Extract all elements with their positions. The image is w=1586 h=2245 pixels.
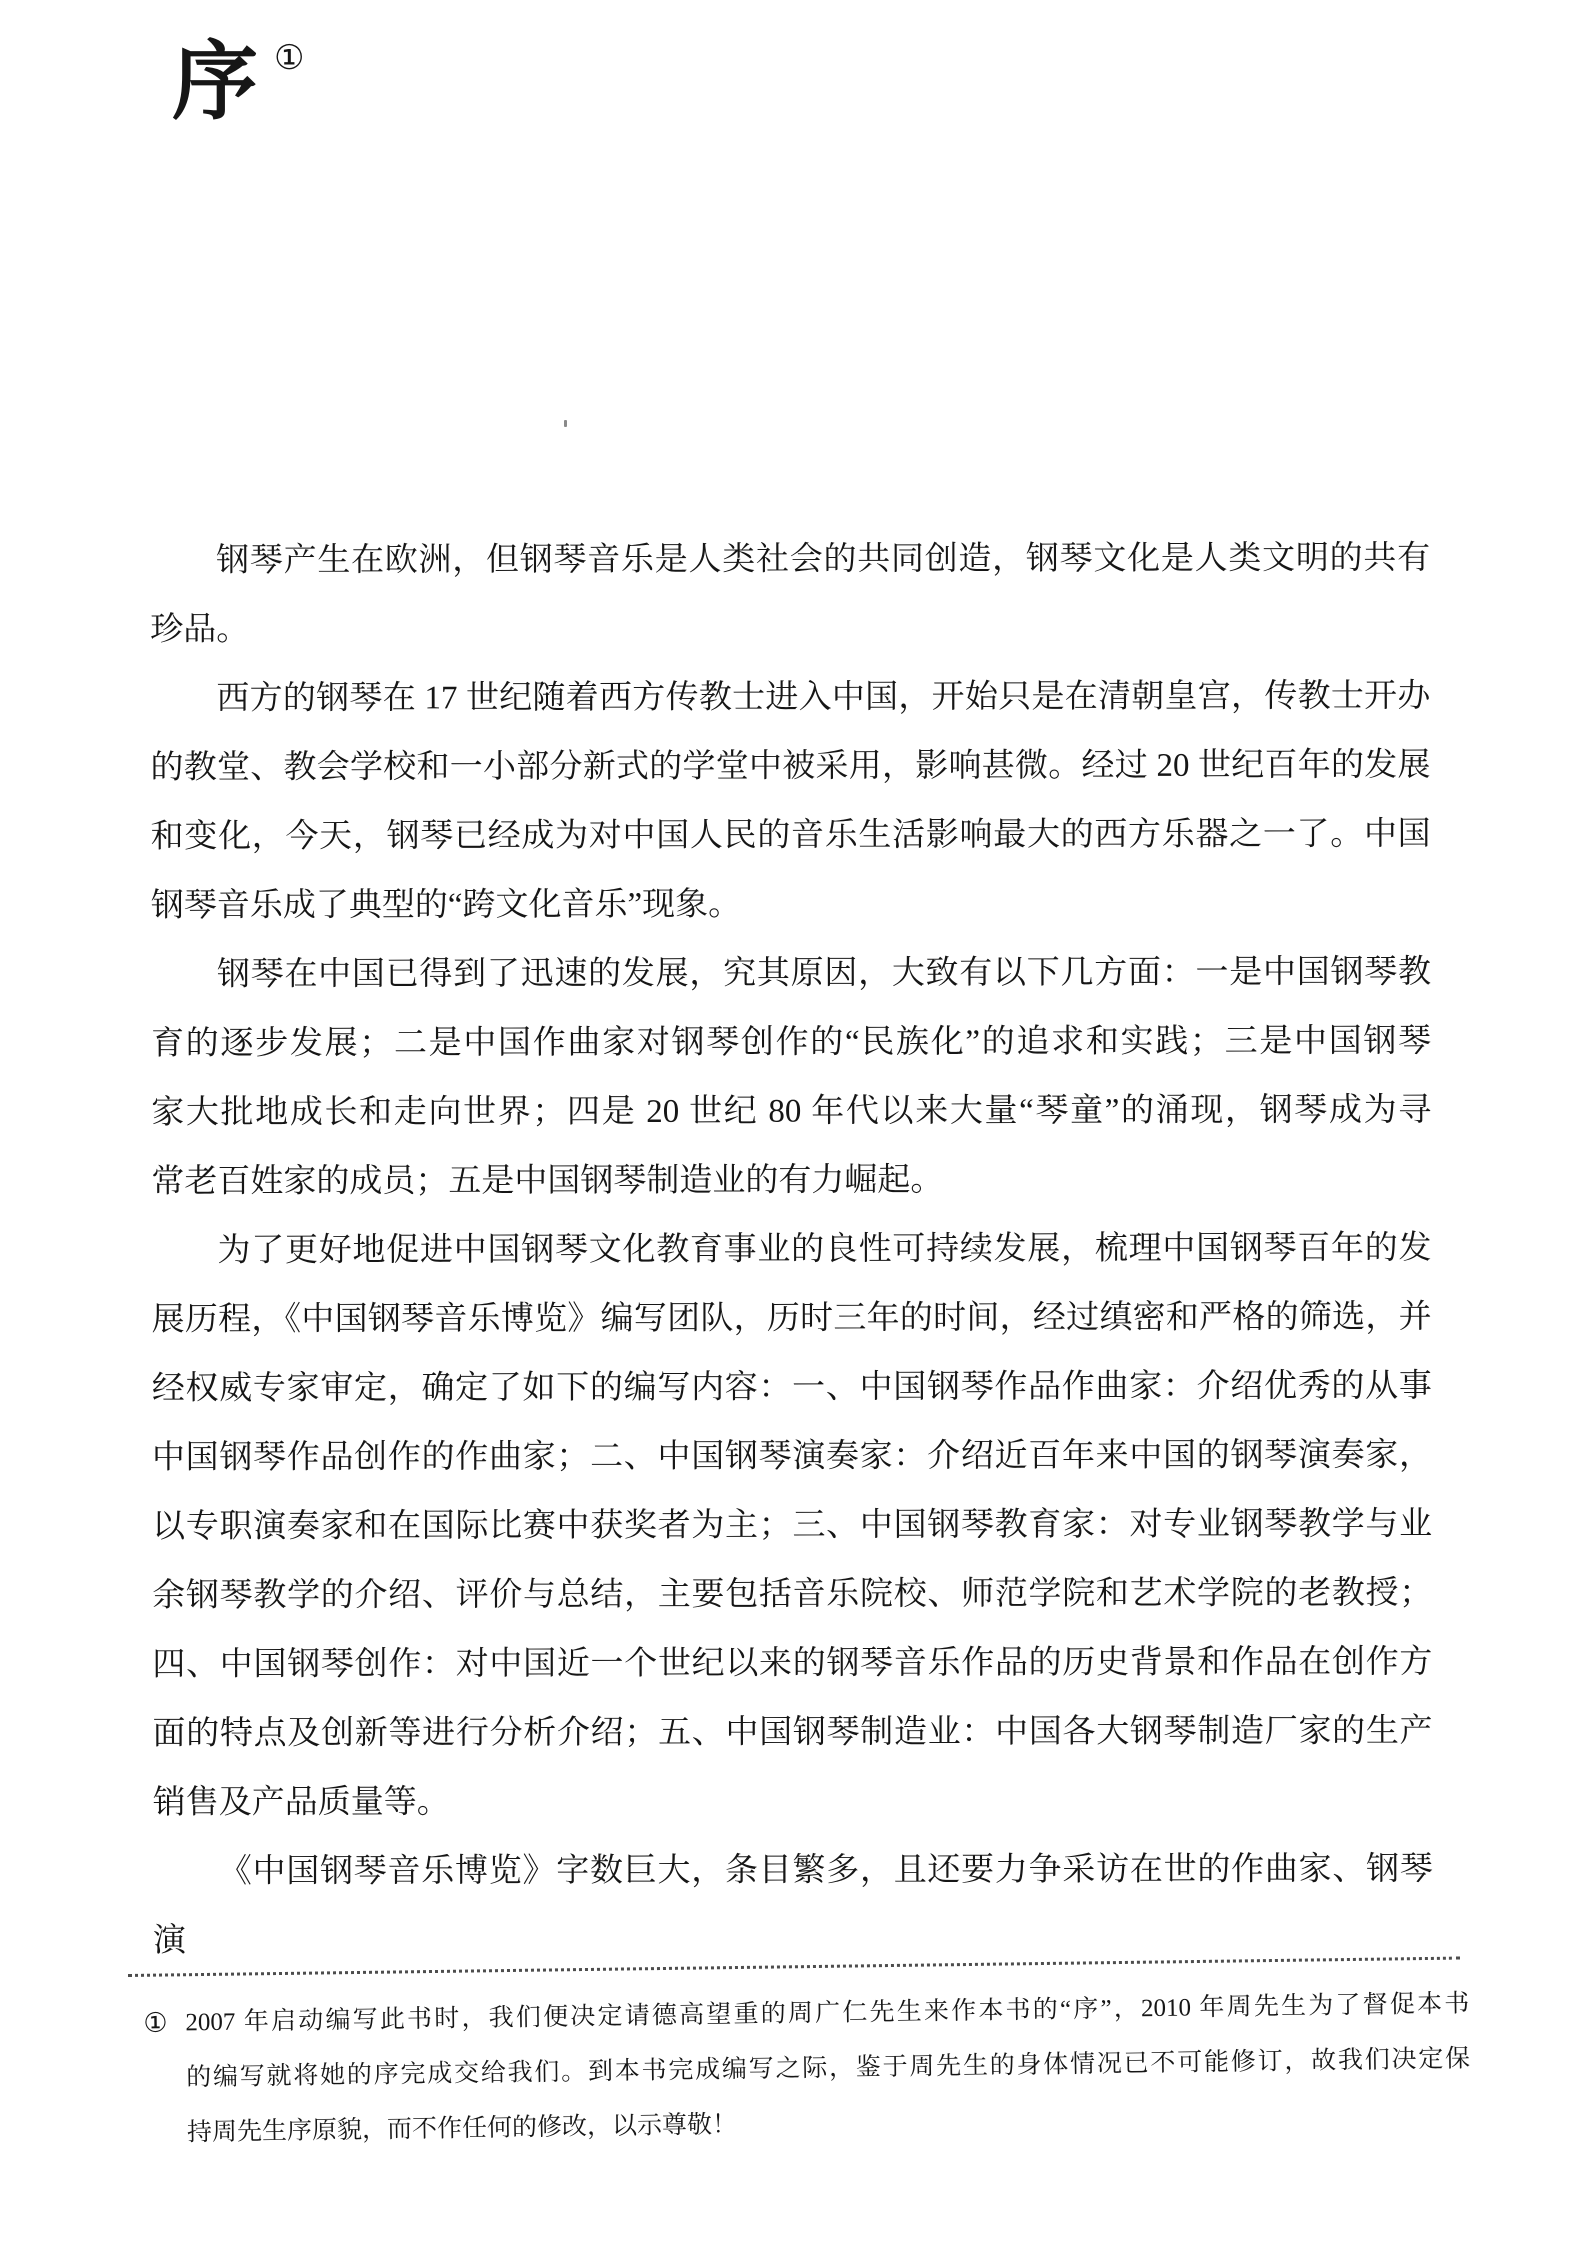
paragraph: 为了更好地促进中国钢琴文化教育事业的良性可持续发展，梳理中国钢琴百年的发 展历程… [151,1214,1432,1838]
title-footnote-reference: ① [274,42,304,76]
text-line: 为了更好地促进中国钢琴文化教育事业的良性可持续发展，梳理中国钢琴百年的发 [151,1214,1431,1286]
text-line: 《中国钢琴音乐博览》字数巨大，条目繁多，且还要力争采访在世的作曲家、钢琴演 [153,1835,1433,1907]
footnote-marker: ① [143,1995,186,2051]
text-line: 常老百姓家的成员；五是中国钢琴制造业的有力崛起。 [151,1145,1431,1217]
text-line: 经权威专家审定，确定了如下的编写内容：一、中国钢琴作品作曲家：介绍优秀的从事 [152,1352,1432,1424]
scan-artifact-speck [564,420,567,427]
text-line: 销售及产品质量等。 [153,1766,1433,1838]
text-line: 面的特点及创新等进行分析介绍；五、中国钢琴制造业：中国各大钢琴制造厂家的生产 [152,1697,1432,1769]
text-line: 育的逐步发展；二是中国作曲家对钢琴创作的“民族化”的追求和实践；三是中国钢琴 [151,1007,1431,1079]
text-line: 钢琴在中国已得到了迅速的发展，究其原因，大致有以下几方面：一是中国钢琴教 [151,938,1431,1010]
footnote-text: 2007 年启动编写此书时，我们便决定请德高望重的周广仁先生来作本书的“序”，2… [185,1976,1471,2160]
footnote: ① 2007 年启动编写此书时，我们便决定请德高望重的周广仁先生来作本书的“序”… [143,1976,1471,2161]
text-line: 以专职演奏家和在国际比赛中获奖者为主；三、中国钢琴教育家：对专业钢琴教学与业 [152,1490,1432,1562]
paragraph: 《中国钢琴音乐博览》字数巨大，条目繁多，且还要力争采访在世的作曲家、钢琴演 [153,1835,1433,1907]
paragraph: 西方的钢琴在 17 世纪随着西方传教士进入中国，开始只是在清朝皇宫，传教士开办 … [150,662,1431,941]
text-line: 的教堂、教会学校和一小部分新式的学堂中被采用，影响甚微。经过 20 世纪百年的发… [150,731,1430,803]
text-line: 钢琴产生在欧洲，但钢琴音乐是人类社会的共同创造，钢琴文化是人类文明的共有 [150,524,1430,596]
page-title-block: 序 ① [172,34,304,130]
text-line: 西方的钢琴在 17 世纪随着西方传教士进入中国，开始只是在清朝皇宫，传教士开办 [150,662,1430,734]
body-text-block: 钢琴产生在欧洲，但钢琴音乐是人类社会的共同创造，钢琴文化是人类文明的共有 珍品。… [150,524,1433,1907]
paragraph: 钢琴产生在欧洲，但钢琴音乐是人类社会的共同创造，钢琴文化是人类文明的共有 珍品。 [150,524,1430,665]
text-line: 家大批地成长和走向世界；四是 20 世纪 80 年代以来大量“琴童”的涌现，钢琴… [151,1076,1431,1148]
text-line: 钢琴音乐成了典型的“跨文化音乐”现象。 [151,869,1431,941]
scanned-book-page: 序 ① 钢琴产生在欧洲，但钢琴音乐是人类社会的共同创造，钢琴文化是人类文明的共有… [0,0,1586,2245]
text-line: 和变化，今天，钢琴已经成为对中国人民的音乐生活影响最大的西方乐器之一了。中国 [151,800,1431,872]
text-line: 珍品。 [150,593,1430,665]
paragraph: 钢琴在中国已得到了迅速的发展，究其原因，大致有以下几方面：一是中国钢琴教 育的逐… [151,938,1432,1217]
text-line: 展历程，《中国钢琴音乐博览》编写团队，历时三年的时间，经过缜密和严格的筛选，并 [152,1283,1432,1355]
text-line: 四、中国钢琴创作：对中国近一个世纪以来的钢琴音乐作品的历史背景和作品在创作方 [152,1628,1432,1700]
page-title: 序 [172,34,258,130]
footnote-divider [128,1957,1460,1977]
text-line: 中国钢琴作品创作的作曲家；二、中国钢琴演奏家：介绍近百年来中国的钢琴演奏家， [152,1421,1432,1493]
text-line: 余钢琴教学的介绍、评价与总结，主要包括音乐院校、师范学院和艺术学院的老教授； [152,1559,1432,1631]
